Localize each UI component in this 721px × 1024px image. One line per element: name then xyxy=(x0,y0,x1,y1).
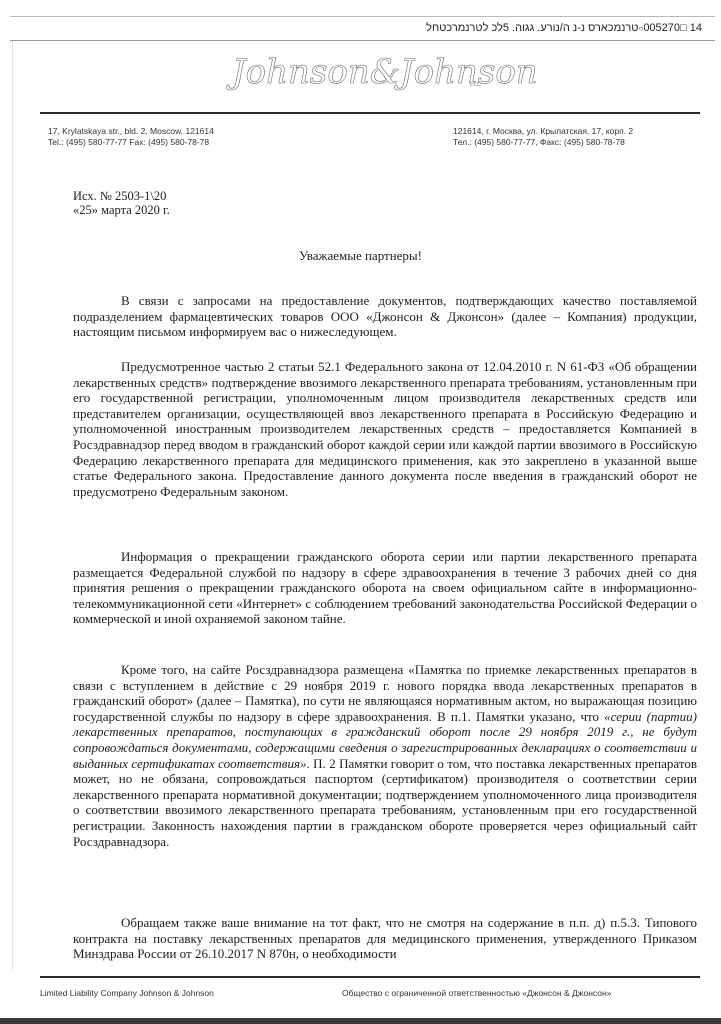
contact-line: Tel.: (495) 580-77-77 Fax: (495) 580-78-… xyxy=(48,137,214,148)
paragraph-text: Обращаем также ваше внимание на тот факт… xyxy=(73,915,697,962)
contact-line: Тел.: (495) 580-77-77, Факс: (495) 580-7… xyxy=(453,137,633,148)
scan-bottom-edge xyxy=(0,1018,721,1024)
paragraph-4: Кроме того, на сайте Росздравнадзора раз… xyxy=(73,662,697,849)
fax-header-text: טרנמכארס נ-נ ה/נורע. גגוה. 5לכ לטרנמרכטח… xyxy=(426,22,638,34)
address-line: 17, Krylatskaya str., bld. 2, Moscow, 12… xyxy=(48,126,214,137)
address-russian: 121614, г. Москва, ул. Крылатская, 17, к… xyxy=(453,126,633,148)
fax-checkbox-icon: □ xyxy=(680,22,687,34)
paragraph-text: Кроме того, на сайте Росздравнадзора раз… xyxy=(73,662,697,849)
fax-page-number: 14 xyxy=(690,22,702,34)
outgoing-number: Исх. № 2503-1\20 xyxy=(73,189,170,203)
fax-top-rule xyxy=(10,16,715,17)
header-divider xyxy=(40,112,700,114)
letter-reference: Исх. № 2503-1\20 «25» марта 2020 г. xyxy=(73,189,170,217)
paragraph-5: Обращаем также ваше внимание на тот факт… xyxy=(73,915,697,962)
paragraph-text: В связи с запросами на предоставление до… xyxy=(73,293,697,340)
letter-date: «25» марта 2020 г. xyxy=(73,203,170,217)
address-english: 17, Krylatskaya str., bld. 2, Moscow, 12… xyxy=(48,126,214,148)
paragraph-3: Информация о прекращении гражданского об… xyxy=(73,549,697,627)
paragraph-text: Информация о прекращении гражданского об… xyxy=(73,549,697,627)
page-edge xyxy=(12,40,13,970)
paragraph-1: В связи с запросами на предоставление до… xyxy=(73,293,697,340)
salutation: Уважаемые партнеры! xyxy=(0,248,721,264)
fax-bottom-rule xyxy=(10,40,715,41)
footer-divider xyxy=(40,976,700,978)
footer-russian: Общество с ограниченной ответственностью… xyxy=(342,988,611,998)
logo-suffix: LLC xyxy=(470,82,481,88)
footer-english: Limited Liability Company Johnson & John… xyxy=(40,988,214,998)
company-logo: Johnson&Johnson xyxy=(232,52,492,102)
fax-header: 14 □005270○טרנמכארס נ-נ ה/נורע. גגוה. 5ל… xyxy=(0,22,702,34)
paragraph-text: Предусмотренное частью 2 статьи 52.1 Фед… xyxy=(73,359,697,499)
fax-number: 005270 xyxy=(643,22,680,34)
paragraph-2: Предусмотренное частью 2 статьи 52.1 Фед… xyxy=(73,359,697,499)
address-line: 121614, г. Москва, ул. Крылатская, 17, к… xyxy=(453,126,633,137)
